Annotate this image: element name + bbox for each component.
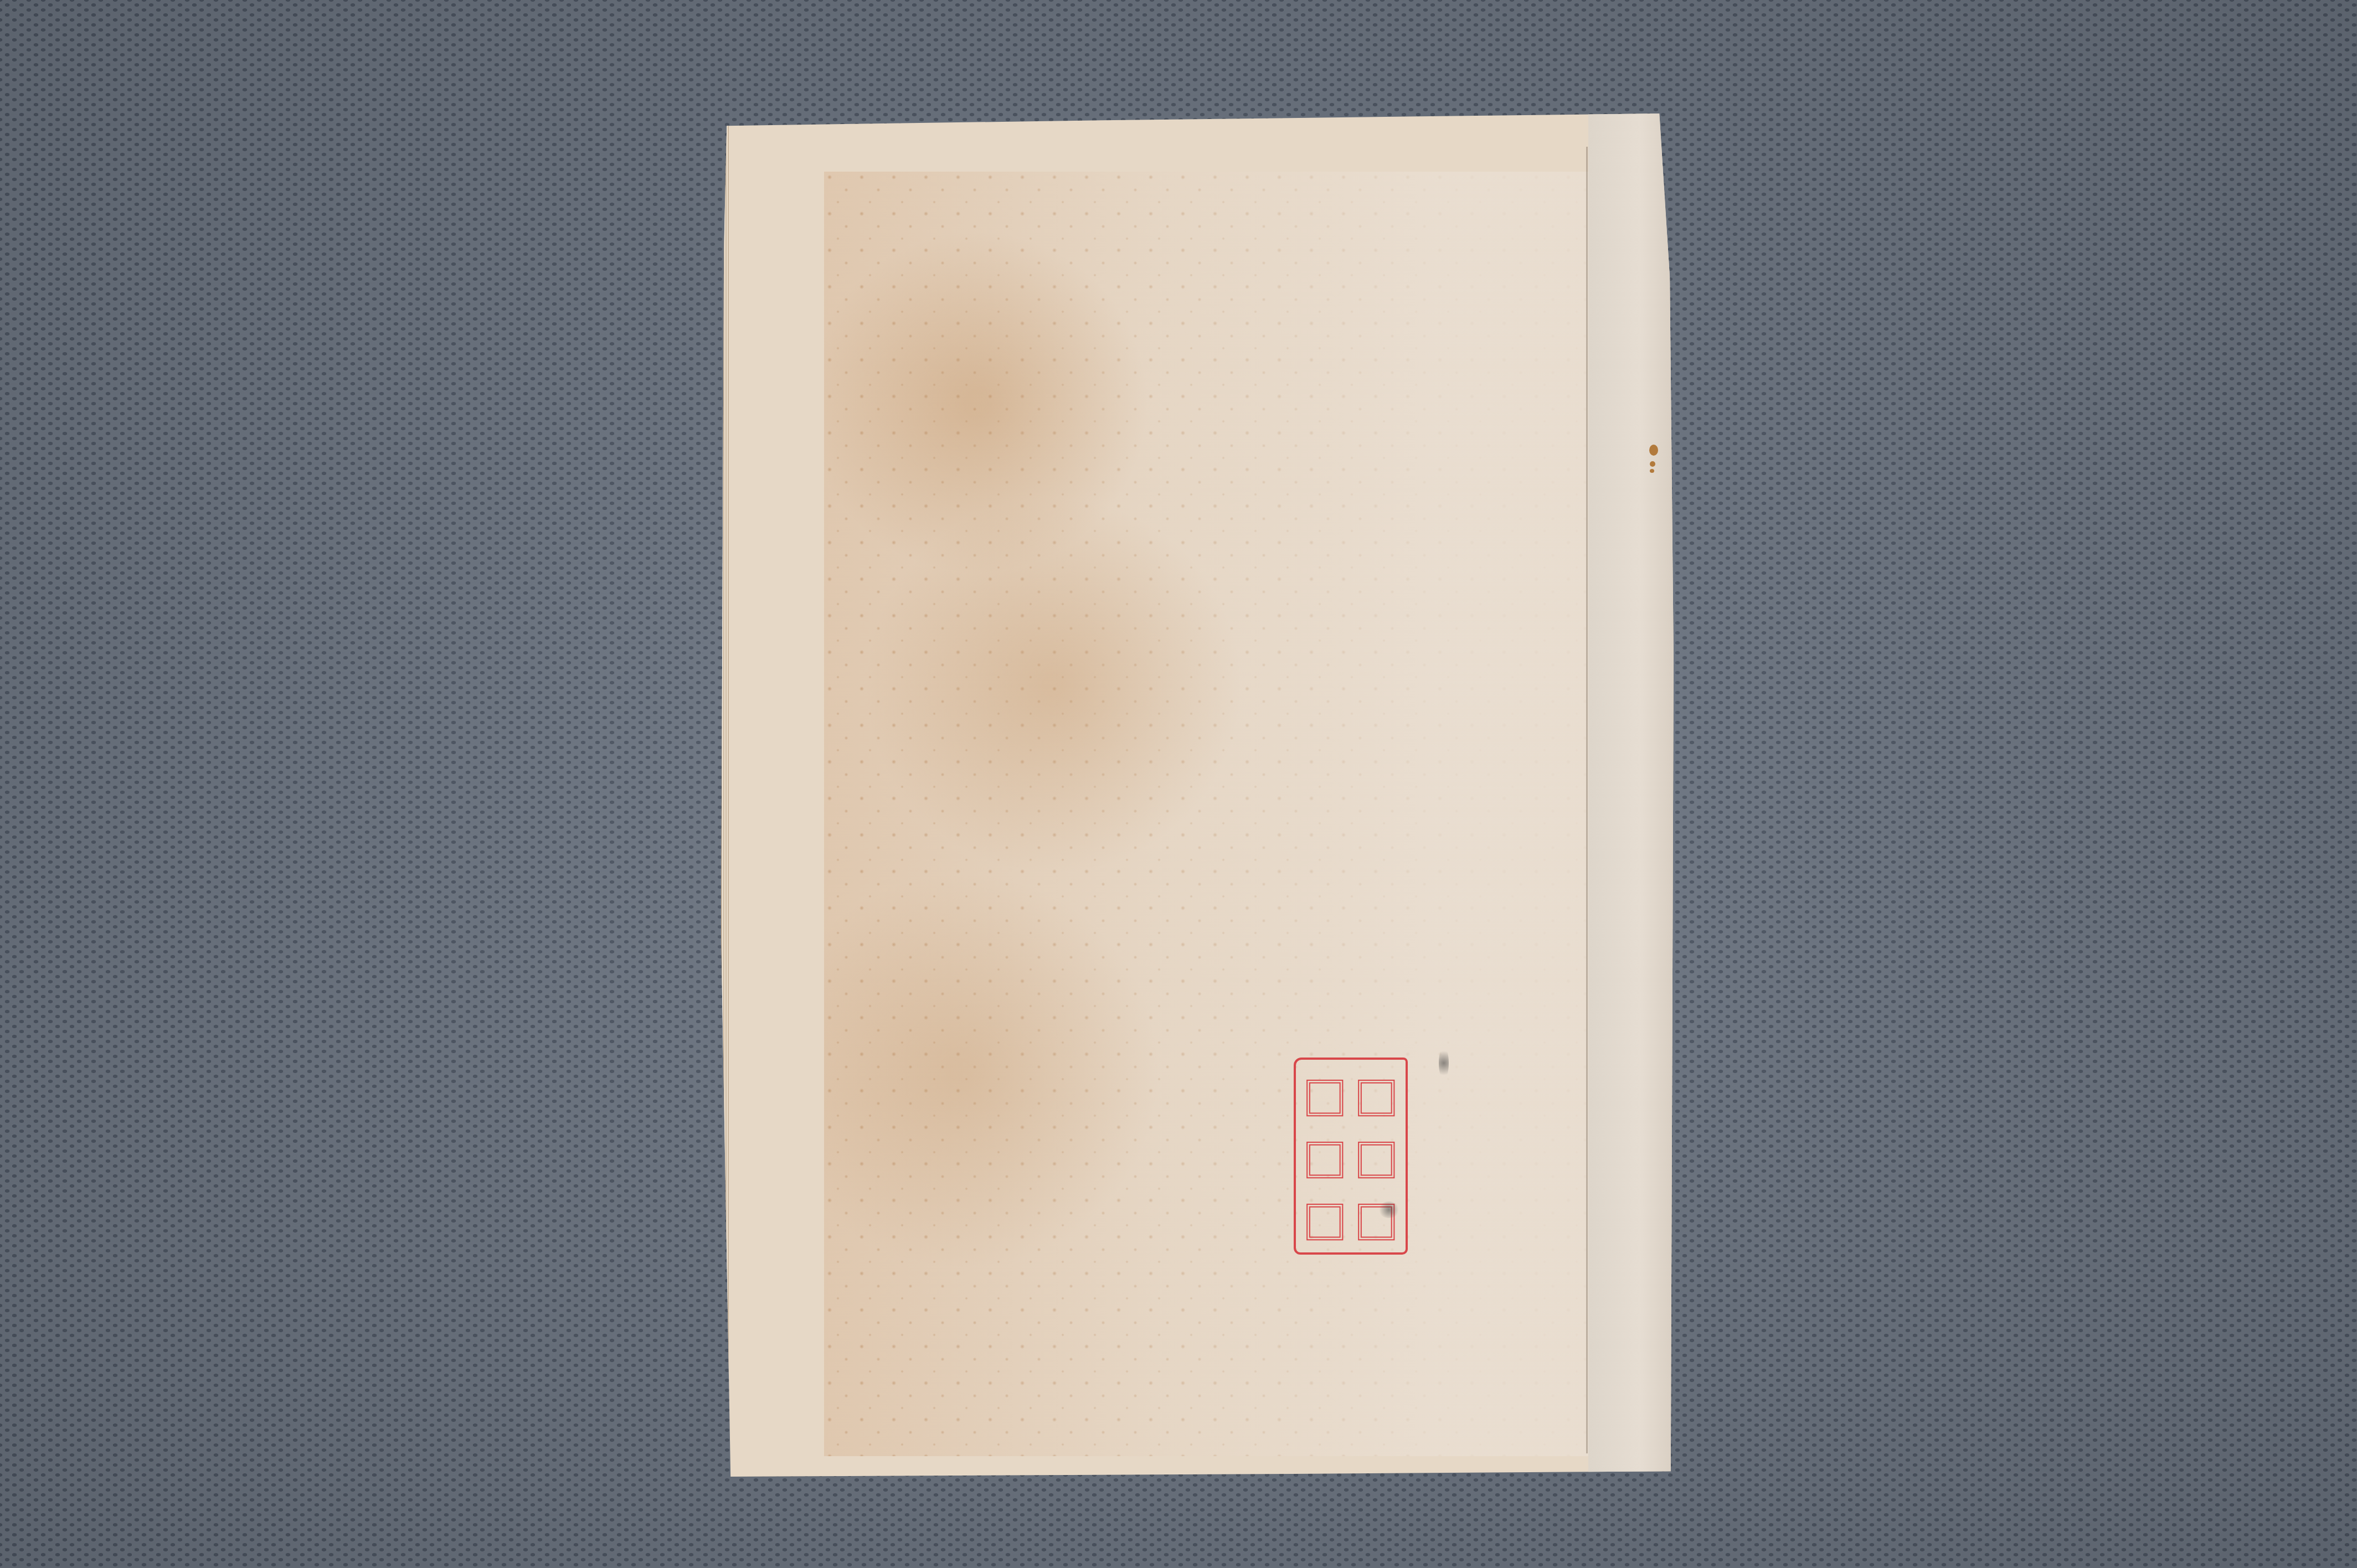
page-edges [721,114,729,1477]
seal-character: □ [1351,1187,1402,1249]
cover-paper-panel: □ □ □ □ □ □ [824,172,1588,1456]
seal-character: □ [1351,1125,1402,1187]
fold-line [1586,147,1588,1453]
rust-stain [1649,445,1658,456]
seal-character: □ [1299,1125,1351,1187]
book-back-cover: □ □ □ □ □ □ [721,114,1674,1477]
spine-wrap-strip [1588,114,1674,1477]
seal-character: □ [1299,1063,1351,1125]
foxing-stains [824,172,1588,1456]
rust-stain [1650,461,1655,467]
rust-stain [1650,469,1654,473]
red-seal-stamp: □ □ □ □ □ □ [1294,1058,1408,1255]
seal-character: □ [1299,1187,1351,1249]
ink-smudge [1378,1201,1400,1218]
seal-character: □ [1351,1063,1402,1125]
ink-smudge [1439,1046,1449,1080]
